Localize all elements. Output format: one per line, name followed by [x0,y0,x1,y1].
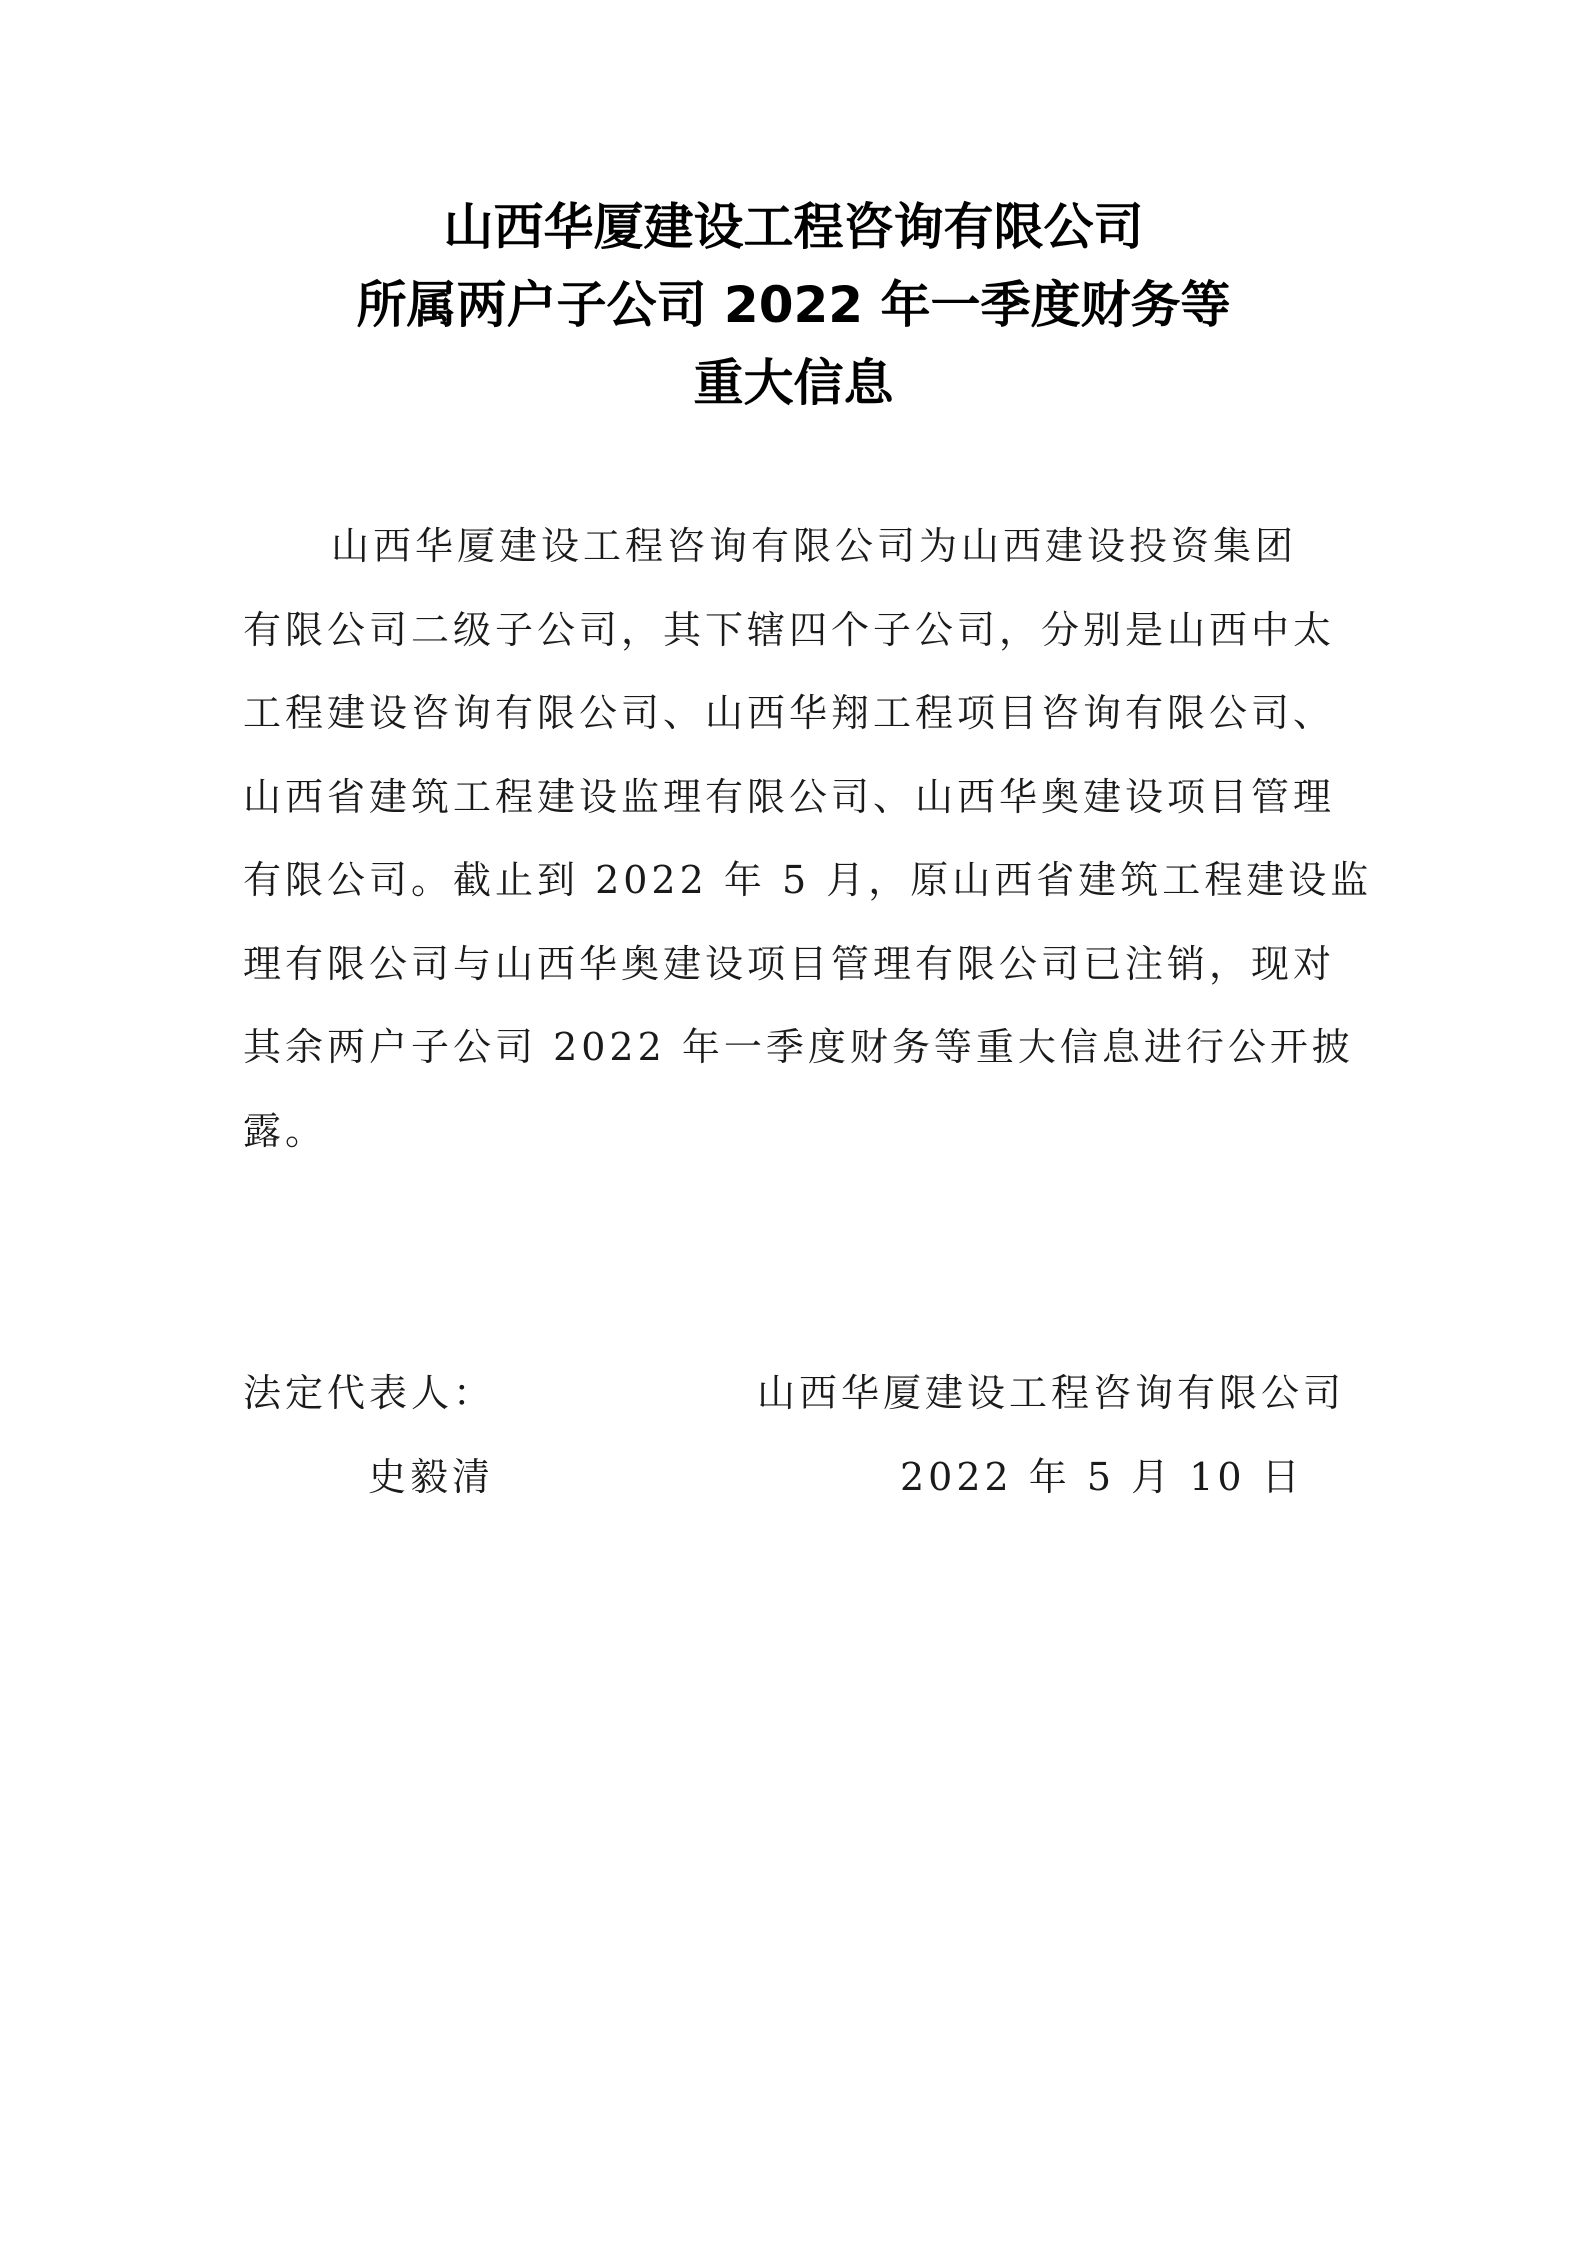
title-line-2: 所属两户子公司 2022 年一季度财务等 [0,266,1587,344]
legal-representative-label: 法定代表人： [243,1362,495,1417]
body-line-7: 其余两户子公司 2022 年一季度财务等重大信息进行公开披 [243,1006,1355,1090]
body-line-3: 工程建设咨询有限公司、山西华翔工程项目咨询有限公司、 [243,672,1355,756]
body-line-4: 山西省建筑工程建设监理有限公司、山西华奥建设项目管理 [243,756,1355,840]
document-page: 山西华厦建设工程咨询有限公司 所属两户子公司 2022 年一季度财务等 重大信息… [0,0,1587,2245]
body-line-8: 露。 [243,1090,1355,1174]
document-body: 山西华厦建设工程咨询有限公司为山西建设投资集团 有限公司二级子公司，其下辖四个子… [243,505,1355,1173]
body-line-5: 有限公司。截止到 2022 年 5 月，原山西省建筑工程建设监 [243,839,1355,923]
signing-date: 2022 年 5 月 10 日 [900,1446,1304,1501]
signing-company: 山西华厦建设工程咨询有限公司 [757,1362,1345,1417]
document-title: 山西华厦建设工程咨询有限公司 所属两户子公司 2022 年一季度财务等 重大信息 [0,188,1587,422]
body-line-6: 理有限公司与山西华奥建设项目管理有限公司已注销，现对 [243,923,1355,1007]
legal-representative-name: 史毅清 [368,1446,494,1501]
title-line-1: 山西华厦建设工程咨询有限公司 [0,188,1587,266]
body-line-1: 山西华厦建设工程咨询有限公司为山西建设投资集团 [243,505,1355,589]
body-line-2: 有限公司二级子公司，其下辖四个子公司，分别是山西中太 [243,589,1355,673]
title-line-3: 重大信息 [0,344,1587,422]
